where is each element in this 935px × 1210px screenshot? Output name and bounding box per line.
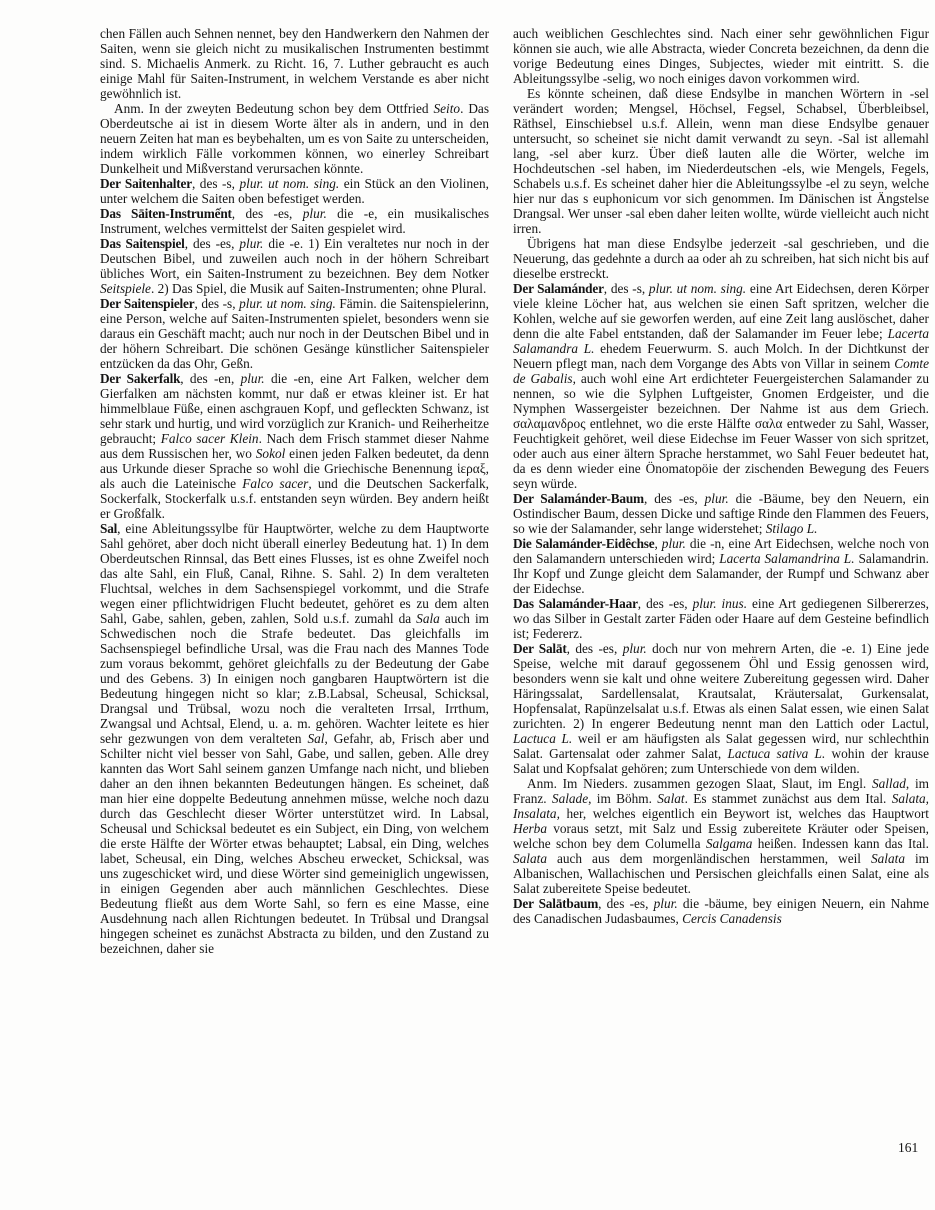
text-run-regular: , des -s,: [192, 176, 240, 191]
text-run-italic: plur.: [241, 371, 265, 386]
text-run-italic: plur.: [623, 641, 647, 656]
dictionary-entry: Der Salātbaum, des -es, plur. die -bäume…: [513, 896, 929, 926]
text-run-regular: , im Böhm.: [588, 791, 657, 806]
text-run-regular: , Gefahr, ab, Frisch aber und Schilter n…: [100, 731, 489, 956]
text-run-bold: Der Saitenhalter: [100, 176, 192, 191]
text-run-regular: Es könnte scheinen, daß diese Endsylbe i…: [513, 86, 929, 236]
text-run-regular: , des -s,: [604, 281, 649, 296]
text-run-italic: plur. ut nom. sing.: [240, 176, 340, 191]
text-run-italic: Falco sacer: [242, 476, 308, 491]
text-run-italic: Salade: [552, 791, 588, 806]
dictionary-entry: Sal, eine Ableitungssylbe für Hauptwörte…: [100, 521, 489, 956]
text-run-italic: plur. ut nom. sing.: [239, 296, 336, 311]
text-run-italic: Salgama: [706, 836, 753, 851]
text-run-regular: ,: [654, 536, 661, 551]
text-run-regular: , des -es,: [644, 491, 705, 506]
text-run-bold: Der Sakerfalk: [100, 371, 180, 386]
text-run-regular: Übrigens hat man diese Endsylbe jederzei…: [513, 236, 929, 281]
text-run-regular: auch weiblichen Geschlechtes sind. Nach …: [513, 26, 929, 86]
text-run-italic: Seito: [433, 101, 460, 116]
text-run-italic: Cercis Canadensis: [682, 911, 782, 926]
text-run-bold: Der Salamánder: [513, 281, 604, 296]
dictionary-entry: Der Sakerfalk, des -en, plur. die -en, e…: [100, 371, 489, 521]
text-run-regular: , des -es,: [567, 641, 623, 656]
text-run-italic: plur. ut nom. sing.: [649, 281, 746, 296]
text-run-italic: Falco sacer Klein: [161, 431, 259, 446]
text-run-italic: Sala: [416, 611, 440, 626]
text-run-bold: Das Sāiten-Instrumếnt: [100, 206, 232, 221]
two-column-layout: chen Fällen auch Sehnen nennet, bey den …: [0, 0, 935, 956]
text-run-regular: , des -es,: [638, 596, 693, 611]
text-run-italic: Lactuca sativa L.: [727, 746, 825, 761]
text-run-italic: Lactuca L.: [513, 731, 572, 746]
dictionary-entry: Der Salāt, des -es, plur. doch nur von m…: [513, 641, 929, 776]
dictionary-entry: Das Sāiten-Instrumếnt, des -es, plur. di…: [100, 206, 489, 236]
text-run-italic: plur. inus.: [693, 596, 747, 611]
text-run-regular: auch im Schwedischen noch die Strafe bed…: [100, 611, 489, 746]
text-run-bold: Der Salamánder-Baum: [513, 491, 644, 506]
text-run-italic: Stilago L.: [766, 521, 818, 536]
text-run-bold: Sal: [100, 521, 117, 536]
text-run-regular: Anm. In der zweyten Bedeutung schon bey …: [114, 101, 433, 116]
text-run-italic: Salat: [657, 791, 684, 806]
text-run-regular: Anm. Im Nieders. zusammen gezogen Slaat,…: [527, 776, 872, 791]
text-run-italic: Seitspiele: [100, 281, 151, 296]
dictionary-paragraph: chen Fällen auch Sehnen nennet, bey den …: [100, 26, 489, 101]
text-run-regular: , des -es,: [232, 206, 303, 221]
text-run-italic: plur.: [662, 536, 686, 551]
text-run-regular: , des -s,: [194, 296, 239, 311]
dictionary-page: chen Fällen auch Sehnen nennet, bey den …: [0, 0, 935, 1210]
text-run-italic: plur.: [654, 896, 678, 911]
text-run-italic: Sallad: [872, 776, 906, 791]
text-run-italic: Salata: [871, 851, 905, 866]
text-run-italic: Sokol: [256, 446, 286, 461]
dictionary-paragraph: auch weiblichen Geschlechtes sind. Nach …: [513, 26, 929, 86]
dictionary-entry: Der Salamánder-Baum, des -es, plur. die …: [513, 491, 929, 536]
text-run-italic: Herba: [513, 821, 547, 836]
text-run-regular: , des -en,: [180, 371, 240, 386]
page-number: 161: [898, 1140, 918, 1156]
text-run-regular: her, welches eigentlich ein Beywort ist,…: [560, 806, 929, 821]
text-run-regular: , auch wohl eine Art erdichteter Feuerge…: [513, 371, 929, 491]
text-run-regular: , des -es,: [598, 896, 654, 911]
dictionary-paragraph: Anm. In der zweyten Bedeutung schon bey …: [100, 101, 489, 176]
text-run-italic: Salata: [513, 851, 547, 866]
text-run-bold: Die Salamánder-Eidêchse: [513, 536, 654, 551]
text-run-italic: plur.: [239, 236, 263, 251]
dictionary-paragraph: Übrigens hat man diese Endsylbe jederzei…: [513, 236, 929, 281]
right-column: auch weiblichen Geschlechtes sind. Nach …: [513, 26, 929, 956]
text-run-regular: . Es stammet zunächst aus dem Ital.: [685, 791, 892, 806]
text-run-regular: , des -es,: [185, 236, 240, 251]
text-run-bold: Der Salātbaum: [513, 896, 598, 911]
dictionary-entry: Die Salamánder-Eidêchse, plur. die -n, e…: [513, 536, 929, 596]
dictionary-paragraph: Es könnte scheinen, daß diese Endsylbe i…: [513, 86, 929, 236]
dictionary-entry: Der Salamánder, des -s, plur. ut nom. si…: [513, 281, 929, 491]
text-run-bold: Das Salamánder-Haar: [513, 596, 638, 611]
text-run-italic: Sal: [308, 731, 325, 746]
text-run-italic: plur.: [303, 206, 327, 221]
dictionary-entry: Das Saitenspiel, des -es, plur. die -e. …: [100, 236, 489, 296]
text-run-italic: Lacerta Salamandrina L.: [719, 551, 854, 566]
text-run-bold: Das Saitenspiel: [100, 236, 185, 251]
text-run-bold: Der Salāt: [513, 641, 567, 656]
text-run-regular: heißen. Indessen kann das Ital.: [752, 836, 929, 851]
text-run-regular: chen Fällen auch Sehnen nennet, bey den …: [100, 26, 489, 101]
dictionary-entry: Der Saitenspieler, des -s, plur. ut nom.…: [100, 296, 489, 371]
dictionary-paragraph: Anm. Im Nieders. zusammen gezogen Slaat,…: [513, 776, 929, 896]
text-run-italic: plur.: [705, 491, 729, 506]
dictionary-entry: Das Salamánder-Haar, des -es, plur. inus…: [513, 596, 929, 641]
text-run-bold: Der Saitenspieler: [100, 296, 194, 311]
left-column: chen Fällen auch Sehnen nennet, bey den …: [100, 26, 489, 956]
text-run-regular: auch aus dem morgenländischen herstammen…: [547, 851, 871, 866]
text-run-regular: . 2) Das Spiel, die Musik auf Saiten-Ins…: [151, 281, 486, 296]
dictionary-entry: Der Saitenhalter, des -s, plur. ut nom. …: [100, 176, 489, 206]
